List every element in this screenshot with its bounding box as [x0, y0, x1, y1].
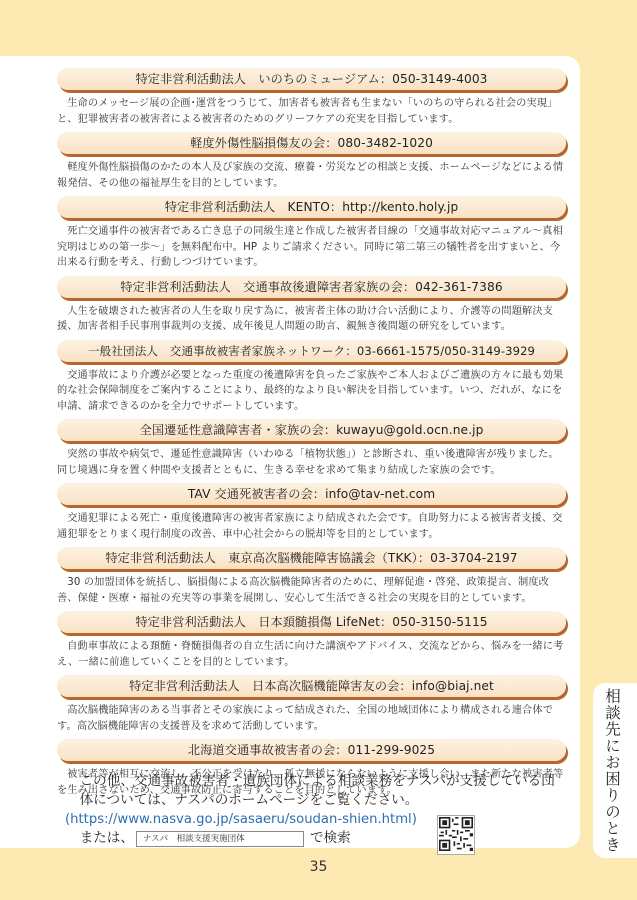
org-entry: 特定非営利活動法人 いのちのミュージアム：050-3149-4003 生命のメッ…: [57, 68, 572, 132]
org-description: 軽度外傷性脳損傷のかたの本人及び家族の交流、療養・労災などの相談と支援、ホームペ…: [57, 154, 572, 196]
org-description: 人生を破壊された被害者の人生を取り戻す為に、被害者主体の助け合い活動により、介護…: [57, 298, 572, 340]
org-title-bar: TAV 交通死被害者の会：info@tav-net.com: [57, 483, 566, 505]
org-entry: 特定非営利活動法人 KENTO：http://kento.holy.jp 死亡交…: [57, 196, 572, 276]
org-title-bar: 特定非営利活動法人 KENTO：http://kento.holy.jp: [57, 196, 566, 218]
org-description: 高次脳機能障害のある当事者とその家族によって結成された、全国の地域団体により構成…: [57, 697, 572, 739]
org-title-bar: 特定非営利活動法人 日本高次脳機能障害友の会：info@biaj.net: [57, 675, 566, 697]
org-title-bar: 北海道交通事故被害者の会：011-299-9025: [57, 739, 566, 761]
org-entry: 一般社団法人 交通事故被害者家族ネットワーク：03-6661-1575/050-…: [57, 340, 572, 420]
nasva-link[interactable]: (https://www.nasva.go.jp/sasaeru/soudan-…: [65, 810, 566, 829]
org-entry: 特定非営利活動法人 日本頚髄損傷 LifeNet：050-3150-5115 自…: [57, 611, 572, 675]
section-tab: 相談先にお困りのとき: [593, 683, 637, 858]
org-description: 30 の加盟団体を統括し、脳損傷による高次脳機能障害者のために、理解促進・啓発、…: [57, 569, 572, 611]
search-suffix: で検索: [310, 829, 351, 848]
org-description: 突然の事故や病気で、遷延性意識障害（いわゆる「植物状態」）と診断され、重い後遺障…: [57, 441, 572, 483]
org-description: 交通犯罪による死亡・重度後遺障害の被害者家族により結成された会です。自助努力によ…: [57, 505, 572, 547]
org-entry: 特定非営利活動法人 日本高次脳機能障害友の会：info@biaj.net 高次脳…: [57, 675, 572, 739]
org-title-bar: 特定非営利活動法人 日本頚髄損傷 LifeNet：050-3150-5115: [57, 611, 566, 633]
search-query-box: ナスパ 相談支援実施団体: [136, 831, 304, 847]
footer-note: この他、交通事故被害者・遺族団体による相談業務をナスパが支援している団体について…: [66, 772, 566, 848]
org-entry: 特定非営利活動法人 東京高次脳機能障害協議会（TKK）：03-3704-2197…: [57, 547, 572, 611]
org-entry: 軽度外傷性脳損傷友の会：080-3482-1020 軽度外傷性脳損傷のかたの本人…: [57, 132, 572, 196]
org-title-bar: 特定非営利活動法人 交通事故後遺障害者家族の会：042-361-7386: [57, 276, 566, 298]
org-title-bar: 特定非営利活動法人 いのちのミュージアム：050-3149-4003: [57, 68, 566, 90]
org-entry: TAV 交通死被害者の会：info@tav-net.com 交通犯罪による死亡・…: [57, 483, 572, 547]
org-description: 死亡交通事件の被害者である亡き息子の同級生達と作成した被害者目線の「交通事故対応…: [57, 218, 572, 276]
org-title-bar: 特定非営利活動法人 東京高次脳機能障害協議会（TKK）：03-3704-2197: [57, 547, 566, 569]
footer-intro: この他、交通事故被害者・遺族団体による相談業務をナスパが支援している団体について…: [66, 772, 566, 810]
section-tab-label: 相談先にお困りのとき: [601, 688, 623, 853]
org-title-bar: 一般社団法人 交通事故被害者家族ネットワーク：03-6661-1575/050-…: [57, 340, 566, 362]
org-description: 自動車事故による頚髄・脊髄損傷者の自立生活に向けた講演やアドバイス、交流などから…: [57, 633, 572, 675]
org-title-bar: 軽度外傷性脳損傷友の会：080-3482-1020: [57, 132, 566, 154]
org-description: 生命のメッセージ展の企画･運営をつうじて、加害者も被害者も生まない「いのちの守ら…: [57, 90, 572, 132]
org-entry: 全国遷延性意識障害者・家族の会：kuwayu@gold.ocn.ne.jp 突然…: [57, 419, 572, 483]
organization-list: 特定非営利活動法人 いのちのミュージアム：050-3149-4003 生命のメッ…: [57, 68, 572, 803]
page-number: 35: [0, 859, 637, 875]
search-hint: または、 ナスパ 相談支援実施団体 で検索: [66, 829, 566, 848]
search-prefix: または、: [80, 829, 134, 848]
org-description: 交通事故により介護が必要となった重度の後遺障害を負ったご家族やご本人およびご遺族…: [57, 362, 572, 420]
org-entry: 特定非営利活動法人 交通事故後遺障害者家族の会：042-361-7386 人生を…: [57, 276, 572, 340]
org-title-bar: 全国遷延性意識障害者・家族の会：kuwayu@gold.ocn.ne.jp: [57, 419, 566, 441]
qr-code-icon: [437, 815, 475, 855]
